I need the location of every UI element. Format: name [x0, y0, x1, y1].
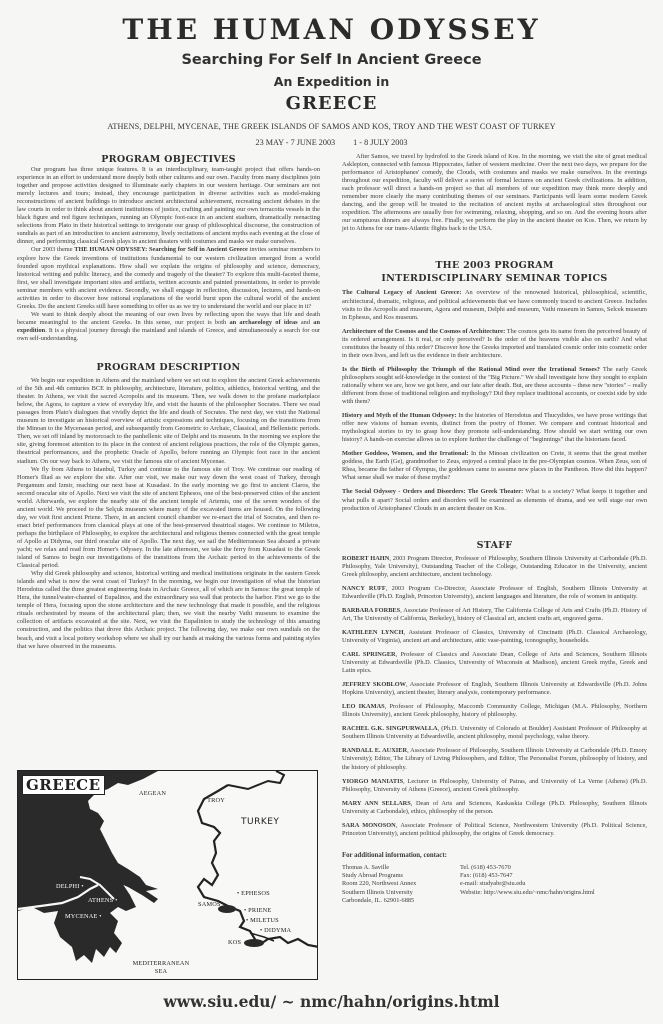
contact-city: Carbondale, IL. 62901-6885	[342, 897, 460, 905]
topic-title: History and Myth of the Human Odyssey:	[342, 412, 457, 419]
right-column: After Samos, we travel by hydrofoil to t…	[342, 153, 647, 905]
staff-member: Jeffrey Skoblow, Associate Professor of …	[342, 681, 647, 697]
contact-address: Thomas A. Saville Study Abroad Programs …	[342, 864, 460, 905]
staff-name: Kathleen Lynch	[342, 629, 404, 636]
emphasis: an archaeology of ideas	[229, 319, 297, 326]
staff-member: Robert Hahn, 2003 Program Director, Prof…	[342, 555, 647, 579]
label-troy: • TROY	[203, 797, 225, 804]
label-athens: ATHENS •	[88, 897, 118, 904]
seminar-topic: Architecture of the Cosmos and the Cosmo…	[342, 328, 647, 360]
page-title: THE HUMAN ODYSSEY	[0, 14, 663, 46]
contact-room: Room 220, Northwest Annex	[342, 880, 460, 888]
contact-email[interactable]: e-mail: studyabr@siu.edu	[460, 880, 647, 888]
label-samos: SAMOS	[198, 901, 221, 908]
label-priene: • PRIENE	[244, 907, 271, 914]
staff-name: Nancy Ruff	[342, 585, 386, 592]
label-aegean: AEGEAN	[139, 790, 166, 797]
places-line: ATHENS, DELPHI, MYCENAE, THE GREEK ISLAN…	[0, 121, 663, 133]
label-mediterranean: MEDITERRANEAN	[126, 960, 196, 967]
description-paragraph-1: We begin our expedition in Athens and th…	[17, 377, 320, 466]
map-title: GREECE	[22, 775, 105, 795]
staff-member: Nancy Ruff, 2003 Program Co-Director, As…	[342, 585, 647, 601]
dates-line: 23 MAY - 7 JUNE 20031 - 8 JULY 2003	[0, 137, 663, 149]
session-2-dates: 1 - 8 JULY 2003	[353, 138, 407, 147]
topic-title: Mother Goddess, Women, and the Irrationa…	[342, 450, 469, 457]
text-span: Our 2003 theme	[31, 246, 74, 253]
description-paragraph-4: After Samos, we travel by hydrofoil to t…	[342, 153, 647, 233]
page-header: THE HUMAN ODYSSEY Searching For Self In …	[0, 14, 663, 149]
label-kos: KOS	[228, 939, 241, 946]
contact-university: Southern Illinois University	[342, 889, 460, 897]
description-paragraph-3: Why did Greek philosophy and science, hi…	[17, 570, 320, 650]
seminar-topic: Is the Birth of Philosophy the Triumph o…	[342, 366, 647, 406]
label-miletus: • MILETUS	[246, 917, 279, 924]
label-ephesos: • EPHESOS	[237, 890, 270, 897]
theme-title: THE HUMAN ODYSSEY: Searching for Self in…	[74, 246, 248, 253]
session-1-dates: 23 MAY - 7 JUNE 2003	[255, 138, 335, 147]
staff-name: Carl Springer	[342, 651, 396, 658]
objectives-paragraph-2: Our 2003 theme THE HUMAN ODYSSEY: Search…	[17, 246, 320, 310]
staff-member: Carl Springer, Professor of Classics and…	[342, 651, 647, 675]
seminar-topic: The Cultural Legacy of Ancient Greece: A…	[342, 289, 647, 321]
topic-title: The Cultural Legacy of Ancient Greece:	[342, 289, 461, 296]
objectives-paragraph-1: Our program has three unique features. I…	[17, 166, 320, 246]
contact-phone: Tel. (618) 453-7670	[460, 864, 647, 872]
staff-name: Rachel G.K. Singpurwalla	[342, 725, 438, 732]
seminar-topic: History and Myth of the Human Odyssey: I…	[342, 412, 647, 444]
contact-details: Tel. (618) 453-7670 Fax: (618) 453-7647 …	[460, 864, 647, 905]
greece-map: GREECE AEGEAN • TROY TURKEY DELPHI • ATH…	[17, 770, 318, 980]
label-delphi: DELPHI •	[56, 883, 84, 890]
topic-title: Is the Birth of Philosophy the Triumph o…	[342, 366, 600, 373]
map-graphic	[18, 771, 318, 980]
staff-member: Rachel G.K. Singpurwalla, (Ph.D. Univers…	[342, 725, 647, 741]
staff-member: Leo Ikamas, Professor of Philosophy, Mac…	[342, 703, 647, 719]
staff-member: Kathleen Lynch, Assistant Professor of C…	[342, 629, 647, 645]
contact-fax: Fax: (618) 453-7647	[460, 872, 647, 880]
staff-name: Jeffrey Skoblow	[342, 681, 406, 688]
staff-member: Yiorgo Maniatis, Lecturer in Philosophy,…	[342, 778, 647, 794]
topic-title: The Social Odyssey - Orders and Disorder…	[342, 488, 523, 495]
staff-member: Randall E. Auxier, Associate Professor o…	[342, 747, 647, 771]
contact-name: Thomas A. Saville	[342, 864, 460, 872]
expedition-label: An Expedition in	[0, 73, 663, 91]
staff-name: Robert Hahn	[342, 555, 389, 562]
label-sea: SEA	[126, 968, 196, 975]
staff-bio: , 2003 Program Co-Director, Associate Pr…	[342, 585, 647, 600]
seminars-heading-1: THE 2003 PROGRAM	[342, 259, 647, 272]
text-span: . It is a physical journey through the m…	[17, 327, 320, 342]
description-paragraph-2: We fly from Athens to Istanbul, Turkey a…	[17, 466, 320, 571]
staff-member: Barbara Forbes, Associate Professor of A…	[342, 607, 647, 623]
left-column: PROGRAM OBJECTIVES Our program has three…	[17, 153, 320, 651]
staff-heading: STAFF	[342, 539, 647, 552]
description-heading: PROGRAM DESCRIPTION	[17, 361, 320, 374]
staff-member: Sara Monoson, Associate Professor of Pol…	[342, 822, 647, 838]
staff-bio: , Professor of Philosophy, Maccomb Commu…	[342, 703, 647, 718]
seminar-topic: Mother Goddess, Women, and the Irrationa…	[342, 450, 647, 482]
text-span: and	[298, 319, 314, 326]
contact-block: Thomas A. Saville Study Abroad Programs …	[342, 864, 647, 905]
objectives-heading: PROGRAM OBJECTIVES	[17, 153, 320, 166]
staff-name: Randall E. Auxier	[342, 747, 407, 754]
contact-office: Study Abroad Programs	[342, 872, 460, 880]
label-didyma: • DIDYMA	[260, 927, 291, 934]
staff-name: Mary Ann Sellars	[342, 800, 411, 807]
staff-name: Sara Monoson	[342, 822, 396, 829]
staff-name: Barbara Forbes	[342, 607, 400, 614]
staff-member: Mary Ann Sellars, Dean of Arts and Scien…	[342, 800, 647, 816]
label-mycenae: MYCENAE •	[65, 913, 102, 920]
contact-website[interactable]: Website: http://www.siu.edu/~nmc/hahn/or…	[460, 889, 647, 897]
staff-name: Leo Ikamas	[342, 703, 385, 710]
footer-url[interactable]: www.siu.edu/ ~ nmc/hahn/origins.html	[0, 992, 663, 1011]
page-subtitle: Searching For Self In Ancient Greece	[0, 50, 663, 70]
contact-heading: For additional information, contact:	[342, 852, 647, 860]
country-heading: GREECE	[0, 93, 663, 115]
seminar-topic: The Social Odyssey - Orders and Disorder…	[342, 488, 647, 512]
seminars-heading-2: INTERDISCIPLINARY SEMINAR TOPICS	[342, 272, 647, 285]
text-span: invites seminar members to explore how t…	[17, 246, 320, 309]
objectives-paragraph-3: We want to think deeply about the meanin…	[17, 311, 320, 343]
topic-title: Architecture of the Cosmos and the Cosmo…	[342, 328, 505, 335]
label-turkey: TURKEY	[241, 817, 279, 827]
staff-name: Yiorgo Maniatis	[342, 778, 403, 785]
